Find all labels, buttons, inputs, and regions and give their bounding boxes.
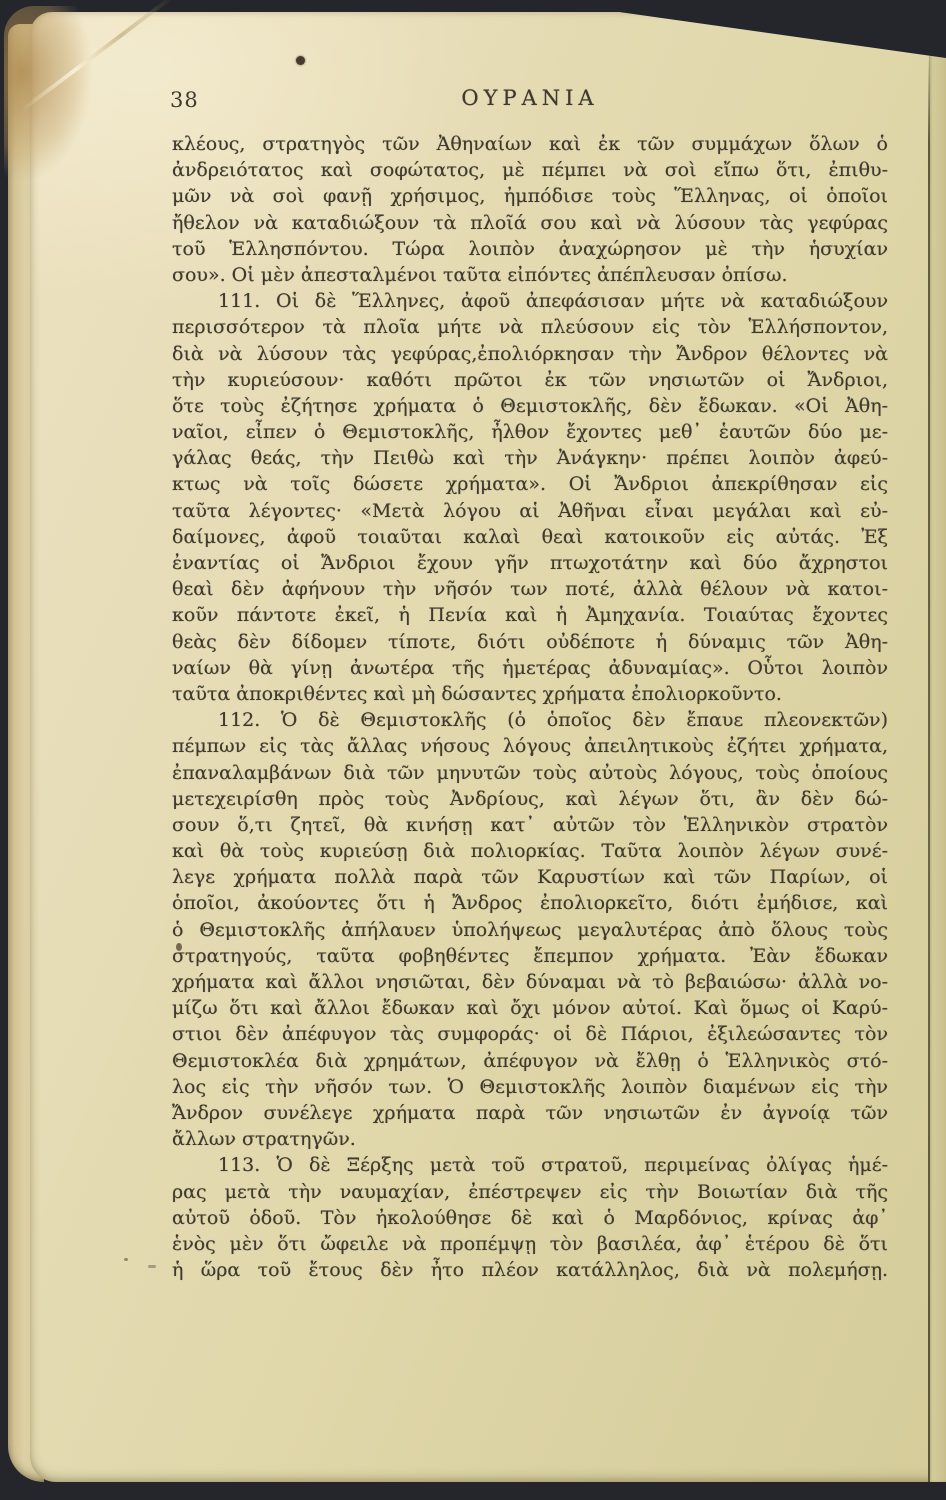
text-line: περισσότερον τὰ πλοῖα μήτε νὰ πλεύσουν ε… xyxy=(172,314,888,340)
ink-speck xyxy=(296,56,305,65)
binding-gutter-strip xyxy=(929,54,946,1482)
text-line: σουν ὅ,τι ζητεῖ, θὰ κινήσῃ κατ᾽ αὐτῶν τὸ… xyxy=(172,812,888,838)
corner-crease xyxy=(21,0,175,112)
page-gutter-line xyxy=(928,56,930,1482)
text-line: σου». Οἱ μὲν ἀπεσταλμένοι ταῦτα εἰπόντες… xyxy=(172,262,888,288)
text-line: ὁ Θεμιστοκλῆς ἀπήλαυεν ὑπολήψεως μεγαλυτ… xyxy=(172,917,888,943)
text-line: 113. Ὁ δὲ Ξέρξης μετὰ τοῦ στρατοῦ, περιμ… xyxy=(172,1152,888,1178)
text-line: ἐπαναλαμβάνων διὰ τῶν μηνυτῶν τοὺς αὐτοὺ… xyxy=(172,760,888,786)
page-header: 38 ΟΥΡΑΝΙΑ xyxy=(172,86,888,116)
text-line: γάλας θεάς, τὴν Πειθὼ καὶ τὴν Ἀνάγκην· π… xyxy=(172,445,888,471)
text-line: μῶν νὰ σοὶ φανῇ χρήσιμος, ἠμπόδισε τοὺς … xyxy=(172,183,888,209)
book-page: 38 ΟΥΡΑΝΙΑ κλέους, στρατηγὸς τῶν Ἀθηναίω… xyxy=(30,12,946,1482)
text-line: αὐτοῦ ὁδοῦ. Τὸν ἠκολούθησε δὲ καὶ ὁ Μαρδ… xyxy=(172,1205,888,1231)
text-line: 112. Ὁ δὲ Θεμιστοκλῆς (ὁ ὁποῖος δὲν ἔπαυ… xyxy=(172,707,888,733)
text-line: μετεχειρίσθη πρὸς τοὺς Ἀνδρίους, καὶ λέγ… xyxy=(172,786,888,812)
text-line: κτως νὰ τοῖς δώσετε χρήματα». Οἱ Ἄνδριοι… xyxy=(172,471,888,497)
running-title: ΟΥΡΑΝΙΑ xyxy=(172,86,888,110)
text-line: κλέους, στρατηγὸς τῶν Ἀθηναίων καὶ ἐκ τῶ… xyxy=(172,131,888,157)
ink-speck xyxy=(148,1265,156,1268)
text-line: τὴν κυριεύσουν· καθότι πρῶτοι ἐκ τῶν νησ… xyxy=(172,367,888,393)
text-line: κοῦν πάντοτε ἐκεῖ, ἡ Πενία καὶ ἡ Ἀμηχανί… xyxy=(172,602,888,628)
scan-background: 38 ΟΥΡΑΝΙΑ κλέους, στρατηγὸς τῶν Ἀθηναίω… xyxy=(0,0,946,1500)
text-line: ταῦτα λέγοντες· «Μετὰ λόγου αἱ Ἀθῆναι εἶ… xyxy=(172,498,888,524)
text-line: ταῦτα ἀποκριθέντες καὶ μὴ δώσαντες χρήμα… xyxy=(172,681,888,707)
ink-speck xyxy=(124,1258,128,1261)
text-line: Θεμιστοκλέα διὰ χρημάτων, ἀπέφυγον νὰ ἔλ… xyxy=(172,1048,888,1074)
text-line: στιοι δὲν ἀπέφυγον τὰς συμφοράς· οἱ δὲ Π… xyxy=(172,1021,888,1047)
text-line: πέμπων εἰς τὰς ἄλλας νήσους λόγους ἀπειλ… xyxy=(172,733,888,759)
text-line: θεαὶ δὲν ἀφήνουν τὴν νῆσόν των ποτέ, ἀλλ… xyxy=(172,576,888,602)
text-line: καὶ θὰ τοὺς κυριεύσῃ διὰ πολιορκίας. Ταῦ… xyxy=(172,838,888,864)
text-line: στρατηγούς, ταῦτα φοβηθέντες ἔπεμπον χρή… xyxy=(172,943,888,969)
text-line: ὅτε τοὺς ἐζήτησε χρήματα ὁ Θεμιστοκλῆς, … xyxy=(172,393,888,419)
text-line: Ἄνδρον συνέλεγε χρήματα παρὰ τῶν νησιωτῶ… xyxy=(172,1100,888,1126)
text-line: τοῦ Ἑλλησπόντου. Τώρα λοιπὸν ἀναχώρησον … xyxy=(172,236,888,262)
text-line: λεγε χρήματα πολλὰ παρὰ τῶν Καρυστίων κα… xyxy=(172,864,888,890)
text-line: ναῖοι, εἶπεν ὁ Θεμιστοκλῆς, ἦλθον ἔχοντε… xyxy=(172,419,888,445)
text-line: διὰ νὰ λύσουν τὰς γεφύρας,ἐπολιόρκησαν τ… xyxy=(172,341,888,367)
text-line: ἤθελον νὰ καταδιώξουν τὰ πλοῖά σου καὶ ν… xyxy=(172,210,888,236)
text-line: ἐναντίας οἱ Ἄνδριοι ἔχουν γῆν πτωχοτάτην… xyxy=(172,550,888,576)
text-line: λος εἰς τὴν νῆσόν των. Ὁ Θεμιστοκλῆς λοι… xyxy=(172,1074,888,1100)
text-line: ἄλλων στρατηγῶν. xyxy=(172,1126,888,1152)
text-line: ὁποῖοι, ἀκούοντες ὅτι ἡ Ἄνδρος ἐπολιορκε… xyxy=(172,890,888,916)
text-line: μίζω ὅτι καὶ ἄλλοι ἔδωκαν καὶ ὄχι μόνον … xyxy=(172,995,888,1021)
text-line: δαίμονες, ἀφοῦ τοιαῦται καλαὶ θεαὶ κατοι… xyxy=(172,524,888,550)
text-line: 111. Οἱ δὲ Ἕλληνες, ἀφοῦ ἀπεφάσισαν μήτε… xyxy=(172,288,888,314)
text-line: θεὰς δὲν δίδομεν τίποτε, διότι οὐδέποτε … xyxy=(172,629,888,655)
text-line: ἡ ὥρα τοῦ ἔτους δὲν ἦτο πλέον κατάλληλος… xyxy=(172,1257,888,1283)
text-line: χρήματα καὶ ἄλλοι νησιῶται, δὲν δύναμαι … xyxy=(172,969,888,995)
text-line: ἀνδρειότατος καὶ σοφώτατος, μὲ πέμπει νὰ… xyxy=(172,157,888,183)
text-block: κλέους, στρατηγὸς τῶν Ἀθηναίων καὶ ἐκ τῶ… xyxy=(172,131,888,1283)
text-line: ἑνὸς μὲν ὅτι ὤφειλε νὰ προπέμψῃ τὸν βασι… xyxy=(172,1231,888,1257)
text-line: ναίων θὰ γίνῃ ἀνωτέρα τῆς ἡμετέρας ἀδυνα… xyxy=(172,655,888,681)
text-line: ρας μετὰ τὴν ναυμαχίαν, ἐπέστρεψεν εἰς τ… xyxy=(172,1179,888,1205)
